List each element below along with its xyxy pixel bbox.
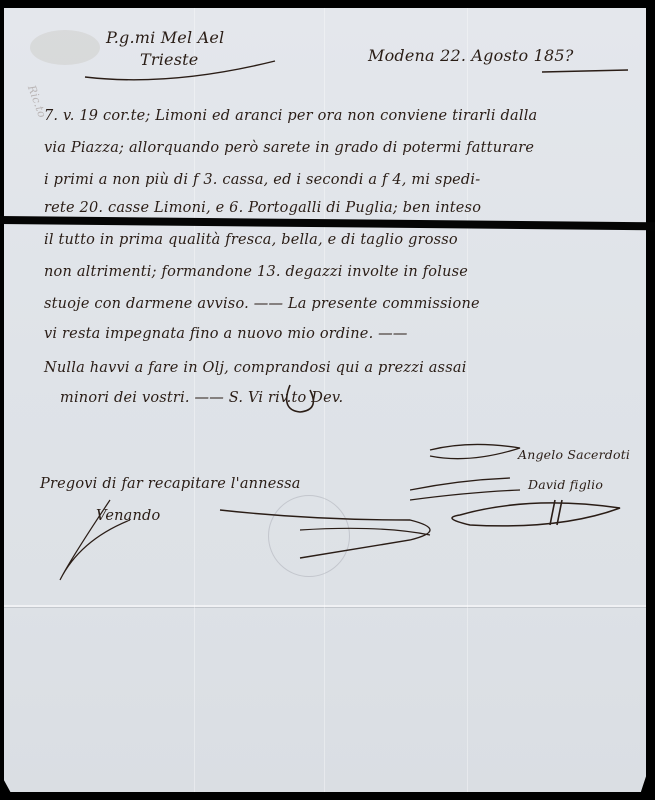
body-line: via Piazza; allorquando però sarete in g… [44, 140, 534, 156]
body-line: rete 20. casse Limoni, e 6. Portogalli d… [44, 200, 481, 216]
horizontal-fold-line [4, 605, 646, 607]
dateline: Modena 22. Agosto 185? [368, 46, 574, 65]
postscript-line1: Pregovi di far recapitare l'annessa [40, 476, 301, 492]
body-line: minori dei vostri. —— S. Vi riv.to Dev. [60, 390, 343, 406]
embossed-stamp-mark [30, 30, 100, 65]
signature-line2: David figlio [528, 477, 603, 492]
body-line: stuoje con darmene avviso. —— La present… [44, 296, 480, 312]
faint-postmark [268, 495, 350, 577]
addressee-line1: P.g.mi Mel Ael [106, 28, 224, 47]
body-line: Nulla havvi a fare in Olj, comprandosi q… [44, 360, 467, 376]
body-line: 7. v. 19 cor.te; Limoni ed aranci per or… [44, 108, 537, 124]
body-line: i primi a non più di f 3. cassa, ed i se… [44, 172, 480, 188]
addressee-line2: Trieste [140, 50, 198, 69]
postscript-line2: Venando [96, 508, 160, 524]
dateline-date: 22. Agosto 185? [440, 46, 573, 65]
body-line: non altrimenti; formandone 13. degazzi i… [44, 264, 468, 280]
signature-line1: Angelo Sacerdoti [518, 447, 630, 462]
vertical-fold-line [467, 8, 468, 792]
body-line: il tutto in prima qualità fresca, bella,… [44, 232, 458, 248]
body-line: vi resta impegnata fino a nuovo mio ordi… [44, 326, 408, 342]
dateline-place: Modena [368, 46, 435, 65]
